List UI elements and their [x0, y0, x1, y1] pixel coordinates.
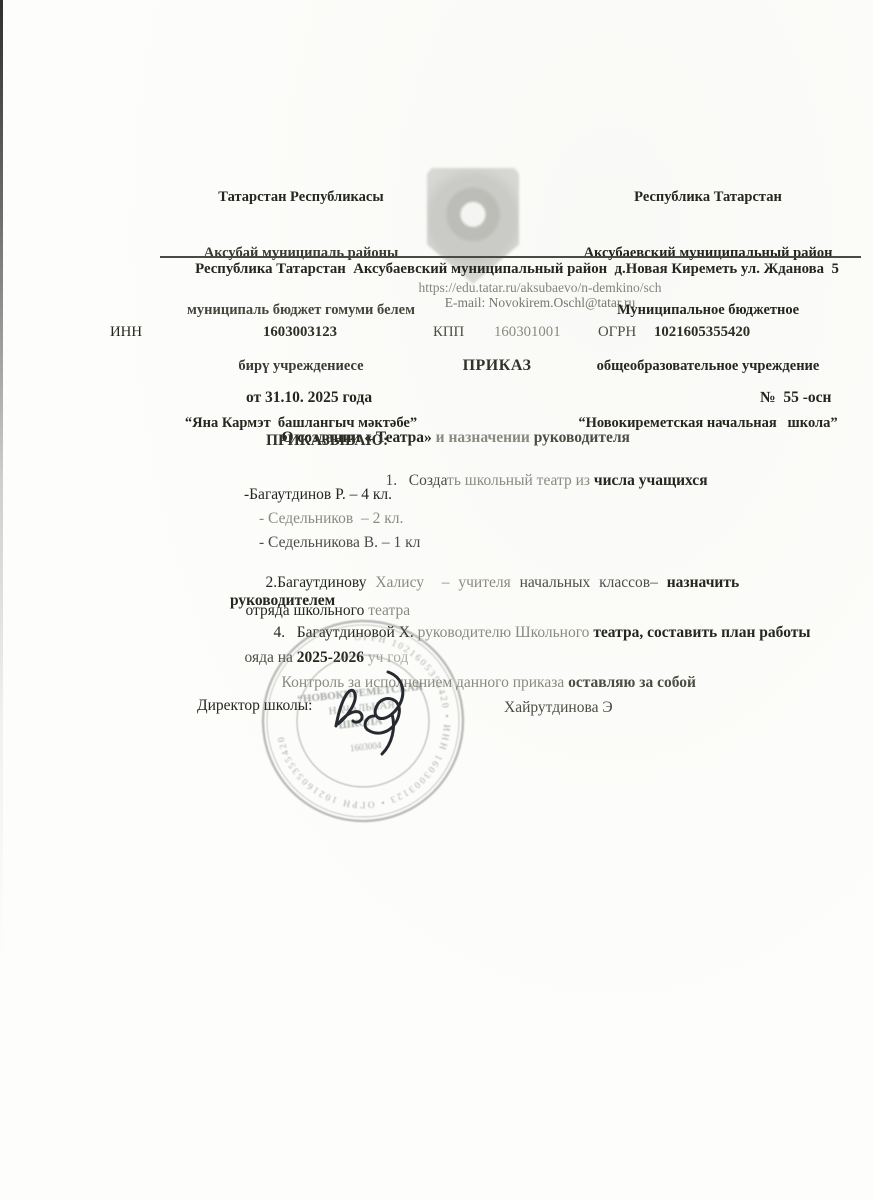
director-signature: [322, 664, 432, 764]
item-part: числа учащихся: [594, 472, 708, 489]
scan-edge-artifact: [0, 0, 3, 1200]
student-line: - Седельникова В. – 1 кл: [259, 534, 420, 552]
subject-part: руководителя: [534, 429, 630, 446]
director-label: Директор школы:: [197, 697, 312, 715]
email-line: E-mail: Novokirem.Oschl@tatar.ru: [210, 295, 870, 311]
order-number: № 55 -осн: [760, 389, 831, 407]
item-part: начальных классов–: [520, 574, 667, 591]
header-line: Республика Татарстан: [558, 188, 858, 207]
website-url: https://edu.tatar.ru/aksubaevo/n-demkino…: [210, 280, 870, 296]
student-line: - Седельников – 2 кл.: [259, 510, 403, 528]
student-line: -Багаутдинов Р. – 4 кл.: [244, 486, 392, 504]
kpp-label: КПП: [433, 324, 464, 341]
inn-label: ИНН: [110, 324, 142, 341]
item-part: ть школьный театр из: [447, 472, 594, 489]
school-emblem: [427, 132, 519, 248]
signature-stroke: [336, 690, 362, 726]
order-item-1: 1. Создать школьный театр из числа учащи…: [370, 454, 708, 508]
ogrn-label: ОГРН: [598, 324, 636, 341]
control-part: оставляю за собой: [568, 674, 696, 691]
resolve-word: ПРИКАЗЫВАЮ:: [266, 432, 388, 450]
address-line: Республика Татарстан Аксубаевский муници…: [140, 261, 873, 278]
ogrn-value: 1021605355420: [654, 324, 750, 341]
kpp-value: 160301001: [494, 324, 561, 341]
subject-part: и назначении: [436, 429, 534, 446]
signature-stroke: [382, 714, 394, 754]
header-line: Татарстан Республикасы: [172, 188, 430, 207]
order-date: от 31.10. 2025 года: [246, 389, 372, 407]
item-part: 1. Созда: [386, 472, 448, 489]
signature-stroke: [365, 672, 403, 733]
order-title: ПРИКАЗ: [137, 357, 857, 375]
header-divider: [160, 256, 861, 258]
inn-value: 1603003123: [263, 324, 337, 341]
item-part: театра, составить план работы: [593, 624, 810, 641]
scanned-order-document: Татарстан Республикасы Аксубай муниципал…: [0, 0, 873, 1200]
director-name: Хайрутдинова Э: [504, 699, 613, 717]
